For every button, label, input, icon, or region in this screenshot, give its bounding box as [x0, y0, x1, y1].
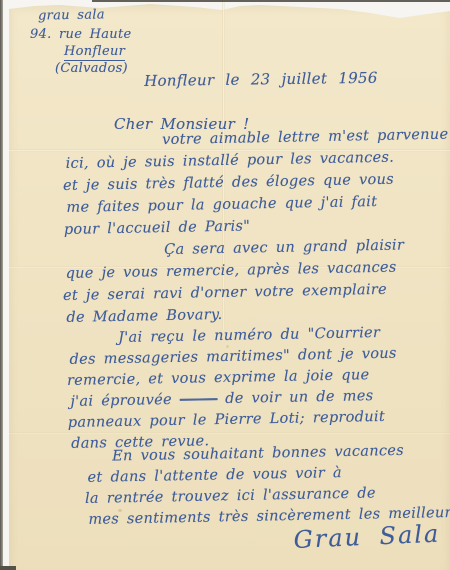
paragraph-1: votre aimable lettre m'est parvenue ici,… — [62, 124, 450, 241]
struck-out-word: –––––– — [180, 391, 218, 408]
sender-region: (Calvados) — [55, 61, 128, 76]
line-text: de voir un de mes — [217, 388, 373, 407]
line-text: j'ai éprouvée — [70, 392, 180, 410]
scan-edge-bottom — [0, 566, 16, 570]
paragraph-2: Ça sera avec un grand plaisir que je vou… — [62, 234, 406, 329]
dateline: Honfleur le 23 juillet 1956 — [144, 69, 378, 90]
sender-city: Honfleur — [64, 44, 125, 61]
paragraph-3: J'ai reçu le numéro du "Courrier des mes… — [66, 323, 399, 455]
scan-edge-top — [92, 0, 450, 2]
sender-street: 94. rue Haute — [30, 27, 132, 42]
paragraph-4: En vous souhaitant bonnes vacances et da… — [84, 440, 450, 531]
letter-scan: grau sala 94. rue Haute Honfleur (Calvad… — [0, 0, 450, 570]
sender-name: grau sala — [38, 7, 105, 23]
scan-edge-left — [0, 0, 3, 570]
